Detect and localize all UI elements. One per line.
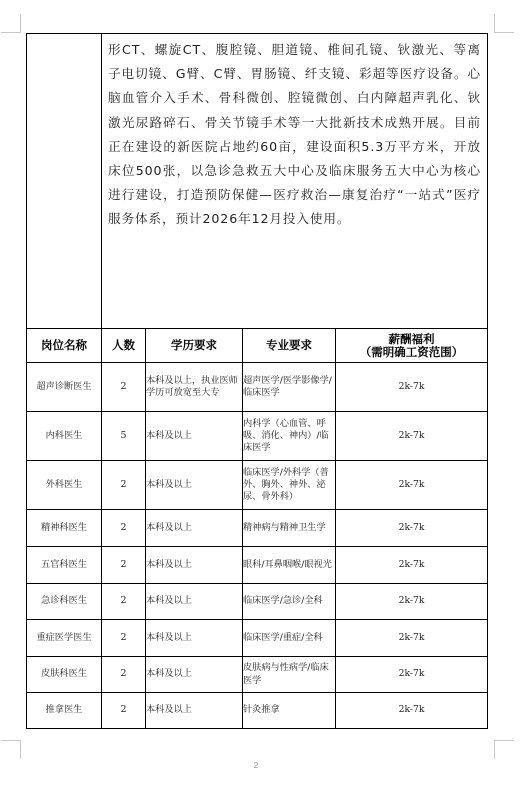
- page-corner-mark-top-left: [1, 14, 21, 33]
- cell-education: 本科及以上: [146, 657, 243, 693]
- table-row: 外科医生 2 本科及以上 临床医学/外科学（普外、胸外、神外、泌尿、骨外科） 2…: [27, 461, 488, 510]
- cell-position: 内科医生: [27, 412, 102, 461]
- header-count: 人数: [102, 329, 146, 363]
- cell-position: 推拿医生: [27, 693, 102, 729]
- cell-education: 本科及以上: [146, 510, 243, 547]
- cell-count: 2: [102, 584, 146, 620]
- page-corner-mark-top-right: [494, 14, 514, 33]
- cell-education: 本科及以上: [146, 547, 243, 584]
- cell-count: 2: [102, 363, 146, 412]
- cell-education: 本科及以上: [146, 412, 243, 461]
- cell-count: 2: [102, 693, 146, 729]
- recruitment-table: 形CT、螺旋CT、腹腔镜、胆道镜、椎间孔镜、钬激光、等离子电切镜、G臂、C臂、胃…: [26, 33, 488, 729]
- cell-major: 临床医学/重症/全科: [243, 620, 336, 657]
- cell-major: 针灸推拿: [243, 693, 336, 729]
- table-row: 重症医学医生 2 本科及以上 临床医学/重症/全科 2k-7k: [27, 620, 488, 657]
- cell-major: 精神病与精神卫生学: [243, 510, 336, 547]
- cell-count: 2: [102, 657, 146, 693]
- intro-cell: 形CT、螺旋CT、腹腔镜、胆道镜、椎间孔镜、钬激光、等离子电切镜、G臂、C臂、胃…: [102, 34, 488, 329]
- table-header-row: 岗位名称 人数 学历要求 专业要求 薪酬福利 （需明确工资范围）: [27, 329, 488, 363]
- cell-major: 临床医学/急诊/全科: [243, 584, 336, 620]
- cell-salary: 2k-7k: [336, 510, 488, 547]
- cell-major: 眼科/耳鼻咽喉/眼视光: [243, 547, 336, 584]
- cell-position: 急诊科医生: [27, 584, 102, 620]
- table-row: 皮肤科医生 2 本科及以上 皮肤病与性病学/临床医学 2k-7k: [27, 657, 488, 693]
- header-education: 学历要求: [146, 329, 243, 363]
- cell-major: 内科学（心血管、呼吸、消化、神内）/临床医学: [243, 412, 336, 461]
- table-row: 精神科医生 2 本科及以上 精神病与精神卫生学 2k-7k: [27, 510, 488, 547]
- table-row: 五官科医生 2 本科及以上 眼科/耳鼻咽喉/眼视光 2k-7k: [27, 547, 488, 584]
- cell-salary: 2k-7k: [336, 657, 488, 693]
- cell-salary: 2k-7k: [336, 584, 488, 620]
- cell-count: 5: [102, 412, 146, 461]
- page-corner-mark-bottom-left: [1, 740, 21, 759]
- cell-major: 临床医学/外科学（普外、胸外、神外、泌尿、骨外科）: [243, 461, 336, 510]
- cell-education: 本科及以上: [146, 461, 243, 510]
- cell-count: 2: [102, 620, 146, 657]
- cell-education: 本科及以上，执业医师学历可放宽至大专: [146, 363, 243, 412]
- table-row: 推拿医生 2 本科及以上 针灸推拿 2k-7k: [27, 693, 488, 729]
- cell-position: 五官科医生: [27, 547, 102, 584]
- table-row: 急诊科医生 2 本科及以上 临床医学/急诊/全科 2k-7k: [27, 584, 488, 620]
- cell-salary: 2k-7k: [336, 412, 488, 461]
- cell-count: 2: [102, 461, 146, 510]
- page-number: 2: [250, 761, 262, 770]
- page-corner-mark-bottom-right: [494, 740, 514, 759]
- cell-position: 重症医学医生: [27, 620, 102, 657]
- hospital-intro-text: 形CT、螺旋CT、腹腔镜、胆道镜、椎间孔镜、钬激光、等离子电切镜、G臂、C臂、胃…: [108, 38, 481, 328]
- header-salary-title: 薪酬福利: [336, 333, 487, 346]
- cell-major: 超声医学/医学影像学/临床医学: [243, 363, 336, 412]
- cell-salary: 2k-7k: [336, 547, 488, 584]
- intro-label-cell: [27, 34, 102, 329]
- cell-position: 精神科医生: [27, 510, 102, 547]
- intro-row: 形CT、螺旋CT、腹腔镜、胆道镜、椎间孔镜、钬激光、等离子电切镜、G臂、C臂、胃…: [27, 34, 488, 329]
- cell-education: 本科及以上: [146, 620, 243, 657]
- cell-education: 本科及以上: [146, 693, 243, 729]
- cell-education: 本科及以上: [146, 584, 243, 620]
- header-salary-note: （需明确工资范围）: [336, 346, 487, 359]
- header-position: 岗位名称: [27, 329, 102, 363]
- cell-position: 超声诊断医生: [27, 363, 102, 412]
- cell-position: 皮肤科医生: [27, 657, 102, 693]
- cell-position: 外科医生: [27, 461, 102, 510]
- cell-salary: 2k-7k: [336, 461, 488, 510]
- cell-count: 2: [102, 510, 146, 547]
- header-salary: 薪酬福利 （需明确工资范围）: [336, 329, 488, 363]
- cell-major: 皮肤病与性病学/临床医学: [243, 657, 336, 693]
- cell-salary: 2k-7k: [336, 693, 488, 729]
- cell-salary: 2k-7k: [336, 363, 488, 412]
- cell-salary: 2k-7k: [336, 620, 488, 657]
- table-row: 超声诊断医生 2 本科及以上，执业医师学历可放宽至大专 超声医学/医学影像学/临…: [27, 363, 488, 412]
- table-row: 内科医生 5 本科及以上 内科学（心血管、呼吸、消化、神内）/临床医学 2k-7…: [27, 412, 488, 461]
- header-major: 专业要求: [243, 329, 336, 363]
- cell-count: 2: [102, 547, 146, 584]
